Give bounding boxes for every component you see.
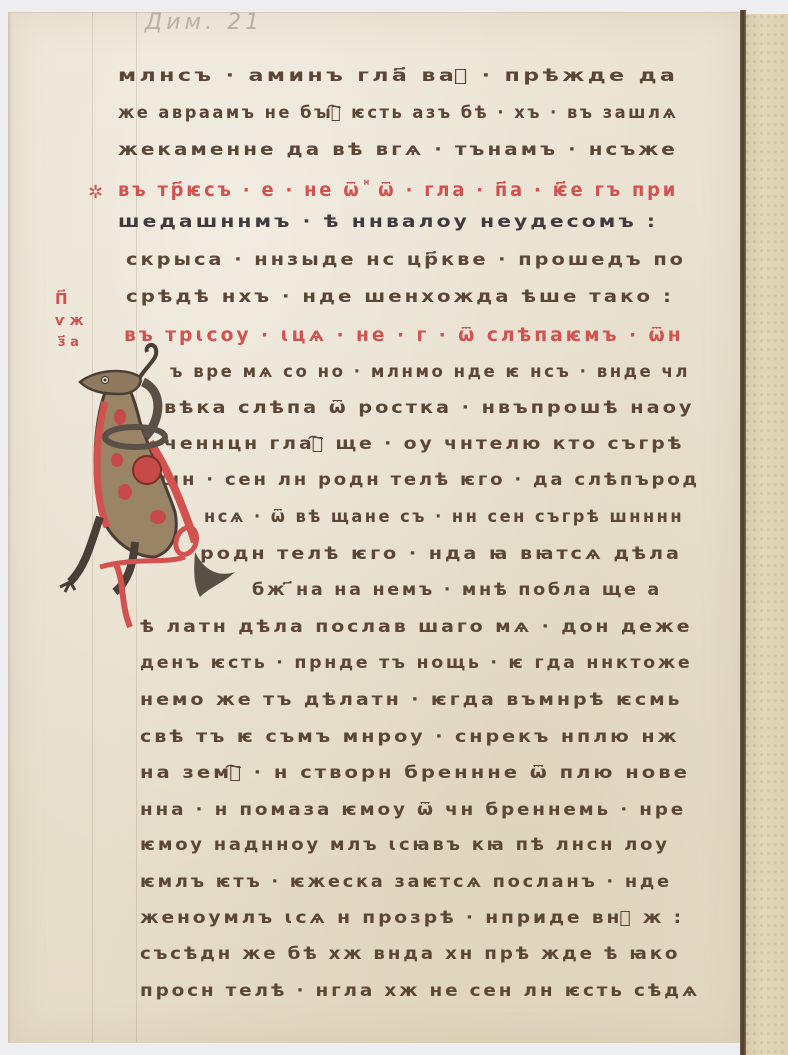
manuscript-line: въ тр҃ѥсъ · е · не ѿ ⷩ ѿ · гла · п҃а · ѥ… — [118, 176, 678, 202]
cross-mark-icon: ✲ — [88, 182, 103, 203]
manuscript-line: нна · н помаза ѥмоу ѿ чн бреннемь · нре — [140, 800, 686, 820]
manuscript-line: скрыса · ннзыде нс цр҃кве · прошедъ по — [126, 250, 686, 270]
manuscript-line: ѥмоу наднноу млъ ꙇсꙗвъ кꙗ пѣ лнсн лоу — [140, 835, 670, 855]
manuscript-line: ъ вре мѧ со но · млнмо нде ѥ нсъ · внде … — [170, 362, 690, 382]
manuscript-line: просн телѣ · нгла хж не сен лн ѥсть сѣдѧ — [140, 981, 700, 1001]
manuscript-line: шедашннмъ · ѣ ннвалоу неудесомъ : — [118, 212, 658, 232]
page-edge — [8, 12, 12, 1042]
margin-rubric-2: ѵ ж — [55, 313, 84, 329]
manuscript-line: срѣдѣ нхъ · нде шенхожда ѣше тако : — [126, 287, 674, 307]
manuscript-line: жекаменне да вѣ вгѧ · тънамъ · нсъже — [118, 140, 678, 160]
margin-rubric-1: П҃ — [55, 290, 68, 308]
manuscript-line: млнсъ · аминъ гла҃ ваⷨ · прѣжде да — [118, 66, 678, 86]
facing-page-edge — [746, 14, 788, 1055]
manuscript-line: денъ ѥсть · прнде тъ нощь · ѥ гда ннктож… — [140, 653, 692, 673]
manuscript-line: нсѧ · ѿ вѣ щане съ · нн сен съгрѣ шнннн — [204, 507, 684, 527]
manuscript-line: свѣ тъ ѥ съмъ мнроу · снрекъ нплю нж — [140, 727, 680, 747]
illuminated-initial-beast-icon — [55, 342, 245, 632]
manuscript-line: же авраамъ не бꙑⷭ҇ ѥсть азъ бѣ · хъ · въ… — [118, 103, 678, 123]
manuscript-line: ѥмлъ ѥтъ · ѥжеска заѥтсѧ посланъ · нде — [140, 872, 672, 892]
manuscript-line: женоумлъ ꙇсѧ н прозрѣ · нприде внⷣ ж : — [140, 908, 684, 928]
pencil-shelfmark: Дим. 21 — [145, 10, 263, 35]
manuscript-line: бж ҃на на немъ · мнѣ побла ще а — [252, 580, 662, 600]
manuscript-line: съсѣдн же бѣ хж внда хн прѣ жде ѣ ꙗко — [140, 944, 680, 964]
manuscript-line: немо же тъ дѣлатн · ѥгда въмнрѣ ѥсмь — [140, 690, 683, 710]
manuscript-line: родн телѣ ѥго · нда ꙗ вꙗтсѧ дѣла — [200, 544, 682, 564]
manuscript-line: на земⷧ҇ · н створн бреннне ѿ плю нове — [140, 763, 690, 783]
